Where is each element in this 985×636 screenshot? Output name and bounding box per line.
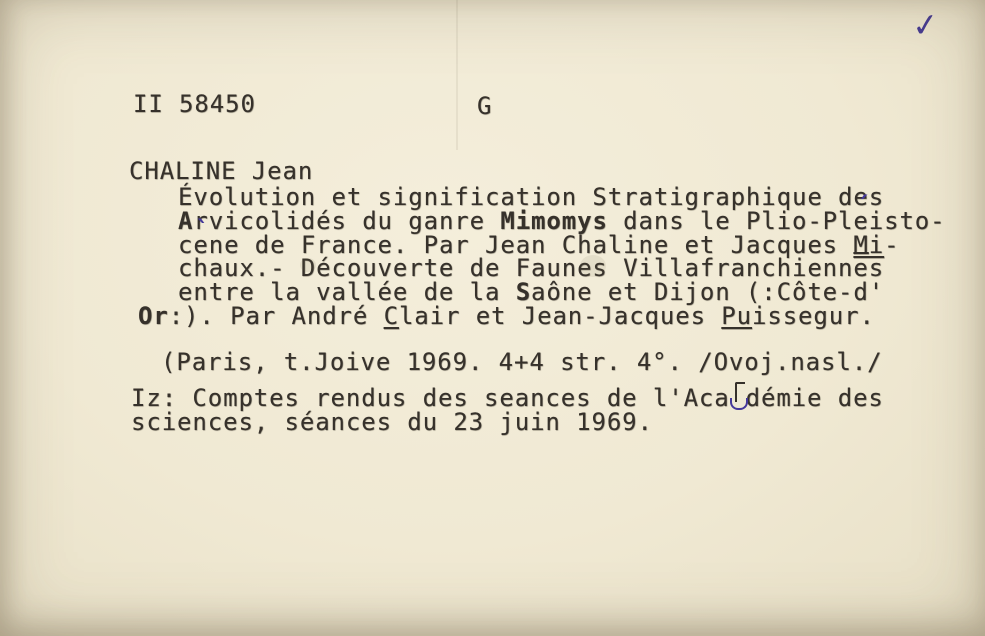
text-segment: e [853,207,868,235]
text-segment: Pu [721,302,752,330]
checkmark-annotation: ✓ [910,5,941,46]
call-number: II 58450 [133,90,256,118]
source-note: Iz: Comptes rendus des seances de l'Acad… [131,386,884,435]
text-segment: e [193,231,208,259]
catalog-card: II 58450 G CHALINE Jean Évolution et sig… [0,0,985,636]
pen-tie-mark [730,386,746,406]
section-letter: G [477,92,492,120]
paper-crease [456,0,458,150]
author-heading: CHALINE Jean [129,157,313,185]
text-segment: C [384,302,399,330]
imprint-line: (Paris, t.Joive 1969. 4+4 str. 4°. /Ovoj… [161,348,882,376]
text-segment: Or [138,302,169,330]
title-paragraph: Évolution et signification Stratigraphiq… [178,186,946,329]
text-line: Or:). Par André Clair et Jean-Jacques Pu… [138,305,946,329]
text-line: sciences, séances du 23 juin 1969. [131,411,884,435]
